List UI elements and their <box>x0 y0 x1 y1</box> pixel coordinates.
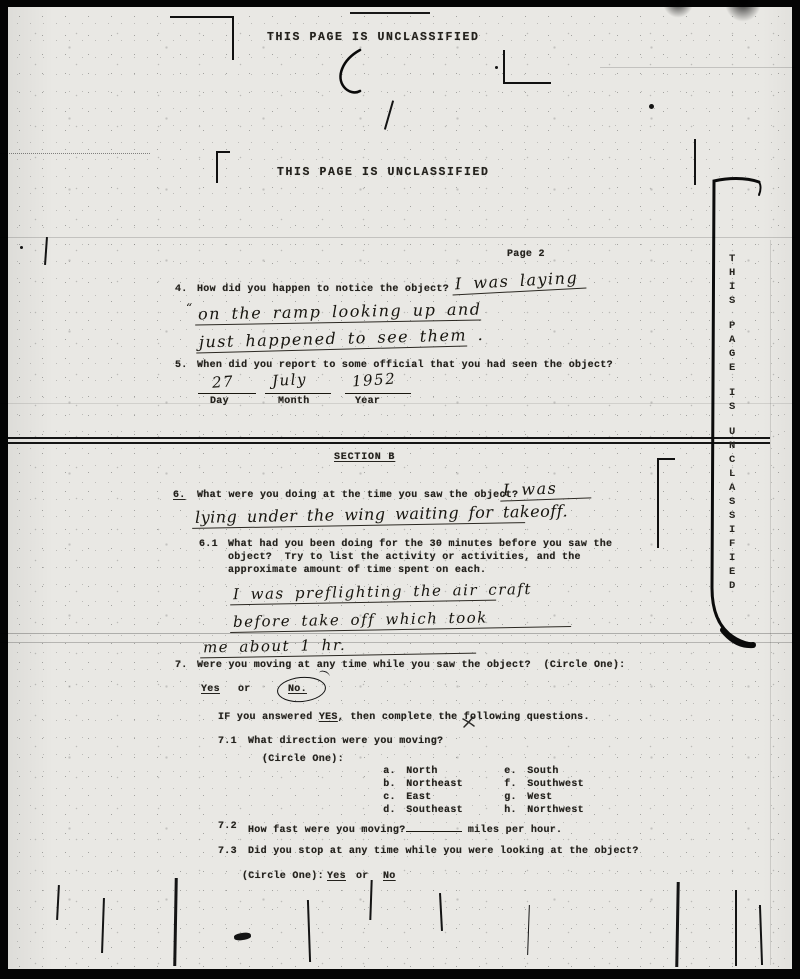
direction-row: d.Southeasth.Northwest <box>358 793 584 817</box>
q7-2-number: 7.2 <box>218 821 237 833</box>
page-number: Page 2 <box>507 249 545 261</box>
corner-mark <box>216 151 230 183</box>
q7-3-no-option: No <box>383 871 396 883</box>
corner-mark <box>350 12 430 14</box>
scan-line <box>0 153 150 154</box>
year-rule <box>345 393 411 394</box>
q7-1-text: What direction were you moving? <box>248 736 443 748</box>
q5-number: 5. <box>175 360 188 372</box>
month-rule <box>265 393 331 394</box>
q7-3-circle-one-label: (Circle One): <box>242 871 324 883</box>
q5-month-label: Month <box>278 396 310 408</box>
q4-text: How did you happen to notice the object? <box>197 284 449 296</box>
handwritten-bracket <box>703 168 765 658</box>
q7-3-number: 7.3 <box>218 846 237 858</box>
scan-line <box>600 67 795 68</box>
q7-or-label: or <box>238 684 251 696</box>
scan-line <box>0 642 795 643</box>
ink-blob <box>724 0 762 22</box>
pencil-x-mark <box>461 715 477 729</box>
section-divider <box>8 437 770 444</box>
section-b-title: SECTION B <box>334 452 395 464</box>
q7-3-or-label: or <box>356 871 369 883</box>
q7-3-yes-option: Yes <box>327 871 346 883</box>
scan-line <box>0 237 795 238</box>
q6-number: 6. <box>173 490 186 502</box>
q5-month-value: July <box>272 370 308 390</box>
corner-mark <box>694 139 696 185</box>
scratch-mark <box>735 890 737 966</box>
speed-blank-field <box>406 821 462 832</box>
q6-1-text-line3: approximate amount of time spent on each… <box>228 565 486 577</box>
q6-1-number: 6.1 <box>199 539 218 551</box>
ink-blob <box>662 0 694 18</box>
q5-year-label: Year <box>355 396 380 408</box>
q7-2-line: How fast were you moving? miles per hour… <box>248 821 562 837</box>
direction-label: Southeast <box>406 805 504 817</box>
q4-number: 4. <box>175 284 188 296</box>
q7-2-text-pre: How fast were you moving? <box>248 825 406 836</box>
handwritten-curve-mark <box>333 47 373 99</box>
q7-3-text: Did you stop at any time while you were … <box>248 846 639 858</box>
stray-quote-mark: “ <box>186 299 194 317</box>
classification-heading-top: THIS PAGE IS UNCLASSIFIED <box>267 32 480 44</box>
day-rule <box>198 393 256 394</box>
scan-line <box>0 403 795 404</box>
q5-text: When did you report to some official tha… <box>197 360 613 372</box>
ink-speck <box>20 246 23 249</box>
direction-letter: h. <box>504 805 527 817</box>
q6-1-text-line1: What had you been doing for the 30 minut… <box>228 539 612 551</box>
scanned-document-page: THIS PAGE IS UNCLASSIFIED THIS PAGE IS U… <box>0 0 800 979</box>
corner-mark <box>170 16 234 60</box>
q7-2-text-post: miles per hour. <box>462 825 563 836</box>
scan-line <box>0 633 795 634</box>
q6-text: What were you doing at the time you saw … <box>197 490 518 502</box>
q7-1-circle-one-label: (Circle One): <box>262 754 344 766</box>
direction-letter: d. <box>383 805 406 817</box>
paper-edge-line <box>770 240 771 965</box>
corner-mark <box>503 50 551 84</box>
q6-answer-line1: I was <box>500 478 592 501</box>
q7-number: 7. <box>175 660 188 672</box>
q7-1-number: 7.1 <box>218 736 237 748</box>
q6-1-text-line2: object? Try to list the activity or acti… <box>228 552 581 564</box>
ink-speck <box>495 66 498 69</box>
classification-heading-mid: THIS PAGE IS UNCLASSIFIED <box>277 167 490 179</box>
direction-label: Northwest <box>527 805 584 816</box>
q7-text: Were you moving at any time while you sa… <box>197 660 625 672</box>
q7-yes-option: Yes <box>201 684 220 696</box>
q7-if-yes: YES <box>319 712 338 723</box>
q7-if-line: IF you answered YES, then complete the f… <box>218 712 590 724</box>
ink-speck <box>649 104 654 109</box>
q5-day-value: 27 <box>211 372 234 391</box>
corner-mark <box>657 458 675 548</box>
q5-year-value: 1952 <box>351 369 396 390</box>
q7-if-pre: IF you answered <box>218 712 319 723</box>
q5-day-label: Day <box>210 396 229 408</box>
